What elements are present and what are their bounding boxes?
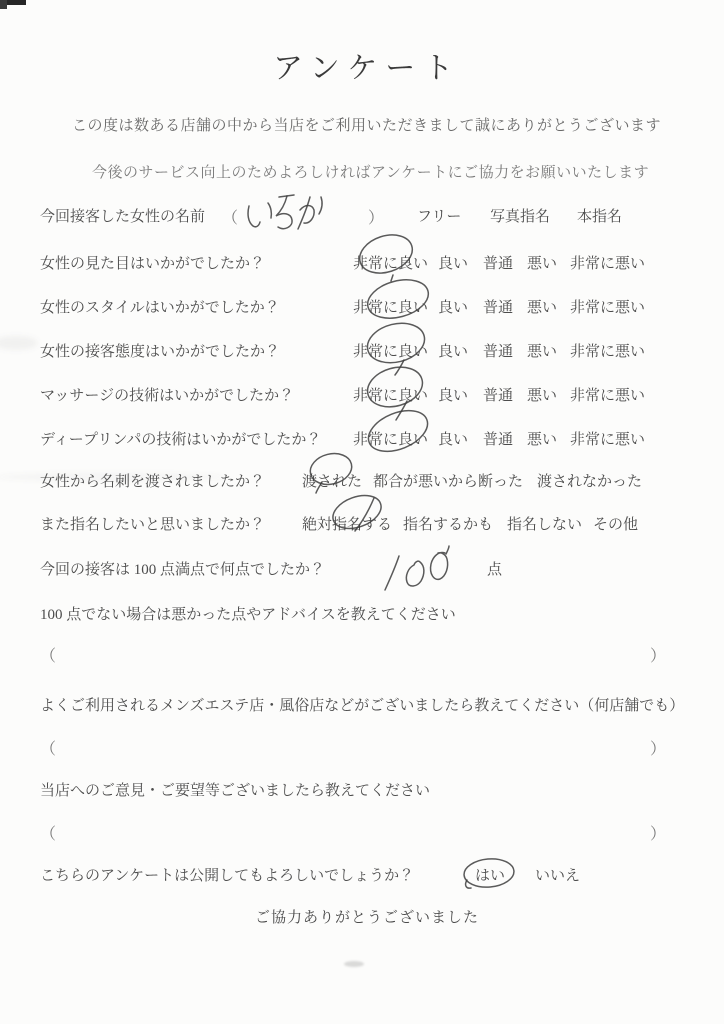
question-row-rating: 女性の見た目はいかがでしたか？ 非常に良い 良い 普通 悪い 非常に悪い bbox=[0, 252, 724, 274]
option-hon-shimei: 本指名 bbox=[577, 205, 622, 226]
question-row-advice: 100 点でない場合は悪かった点やアドバイスを教えてください bbox=[0, 603, 724, 625]
score-unit: 点 bbox=[487, 558, 502, 579]
option-bad: 悪い bbox=[527, 340, 557, 361]
option-no: いいえ bbox=[535, 864, 580, 885]
option-bad: 悪い bbox=[527, 252, 557, 273]
option-good: 良い bbox=[438, 384, 468, 405]
option-not-received: 渡されなかった bbox=[537, 470, 642, 491]
question-label: マッサージの技術はいかがでしたか？ bbox=[40, 384, 294, 405]
question-label: 当店へのご意見・ご要望等ございましたら教えてください bbox=[40, 779, 430, 800]
option-very-bad: 非常に悪い bbox=[570, 252, 645, 273]
question-row-rating: 女性の接客態度はいかがでしたか？ 非常に良い 良い 普通 悪い 非常に悪い bbox=[0, 340, 724, 362]
open-paren: （ bbox=[40, 643, 56, 666]
option-very-bad: 非常に悪い bbox=[570, 384, 645, 405]
question-row-rating: 女性のスタイルはいかがでしたか？ 非常に良い 良い 普通 悪い 非常に悪い bbox=[0, 296, 724, 318]
option-bad: 悪い bbox=[527, 428, 557, 449]
close-paren: ） bbox=[650, 736, 666, 759]
option-very-bad: 非常に悪い bbox=[570, 296, 645, 317]
thanks-line: ご協力ありがとうございました bbox=[255, 909, 479, 928]
question-row-rating: マッサージの技術はいかがでしたか？ 非常に良い 良い 普通 悪い 非常に悪い bbox=[0, 384, 724, 406]
question-label: よくご利用されるメンズエステ店・風俗店などがございましたら教えてください（何店舗… bbox=[40, 694, 684, 715]
question-label: 100 点でない場合は悪かった点やアドバイスを教えてください bbox=[40, 603, 456, 624]
question-label: こちらのアンケートは公開してもよろしいでしょうか？ bbox=[40, 864, 414, 885]
close-paren: ） bbox=[650, 821, 666, 844]
option-very-good: 非常に良い bbox=[353, 384, 428, 405]
open-paren: （ bbox=[40, 736, 56, 759]
option-no: 指名しない bbox=[507, 513, 582, 534]
option-bad: 悪い bbox=[527, 384, 557, 405]
page-title: アンケート bbox=[273, 50, 461, 88]
option-received: 渡された bbox=[302, 470, 362, 491]
option-very-good: 非常に良い bbox=[353, 428, 428, 449]
answer-line: （ ） bbox=[0, 643, 724, 665]
question-row-publish: こちらのアンケートは公開してもよろしいでしょうか？ はい いいえ bbox=[0, 864, 724, 886]
question-row-name: 今回接客した女性の名前 （ ） フリー 写真指名 本指名 bbox=[0, 205, 724, 227]
option-good: 良い bbox=[438, 340, 468, 361]
scan-smudge bbox=[344, 961, 364, 967]
question-label: 今回の接客は 100 点満点で何点でしたか？ bbox=[40, 558, 325, 579]
open-paren: （ bbox=[40, 821, 56, 844]
option-normal: 普通 bbox=[483, 296, 513, 317]
option-normal: 普通 bbox=[483, 384, 513, 405]
option-declined: 都合が悪いから断った bbox=[373, 470, 523, 491]
open-paren: （ bbox=[222, 205, 238, 228]
scanned-survey-page: アンケート この度は数ある店舗の中から当店をご利用いただきまして誠にありがとうご… bbox=[0, 0, 724, 1024]
option-normal: 普通 bbox=[483, 252, 513, 273]
question-row-business-card: 女性から名刺を渡されましたか？ 渡された 都合が悪いから断った 渡されなかった bbox=[0, 470, 724, 492]
option-photo-shimei: 写真指名 bbox=[490, 205, 550, 226]
question-row-repeat: また指名したいと思いましたか？ 絶対指名する 指名するかも 指名しない その他 bbox=[0, 513, 724, 535]
question-row-rating: ディープリンパの技術はいかがでしたか？ 非常に良い 良い 普通 悪い 非常に悪い bbox=[0, 428, 724, 450]
option-other: その他 bbox=[593, 513, 638, 534]
question-label: 女性のスタイルはいかがでしたか？ bbox=[40, 296, 280, 317]
option-very-good: 非常に良い bbox=[353, 296, 428, 317]
question-row-other-shops: よくご利用されるメンズエステ店・風俗店などがございましたら教えてください（何店舗… bbox=[0, 694, 724, 716]
question-row-feedback: 当店へのご意見・ご要望等ございましたら教えてください bbox=[0, 779, 724, 801]
option-bad: 悪い bbox=[527, 296, 557, 317]
question-row-score: 今回の接客は 100 点満点で何点でしたか？ 点 bbox=[0, 558, 724, 580]
intro-line: 今後のサービス向上のためよろしければアンケートにご協力をお願いいたします bbox=[92, 164, 649, 183]
question-label: 女性の見た目はいかがでしたか？ bbox=[40, 252, 265, 273]
option-maybe: 指名するかも bbox=[403, 513, 493, 534]
scan-artifact-corner-2 bbox=[0, 0, 7, 9]
option-very-good: 非常に良い bbox=[353, 340, 428, 361]
question-label: 今回接客した女性の名前 bbox=[40, 205, 205, 226]
close-paren: ） bbox=[650, 643, 666, 666]
option-good: 良い bbox=[438, 428, 468, 449]
option-normal: 普通 bbox=[483, 340, 513, 361]
close-paren: ） bbox=[368, 205, 384, 228]
question-label: 女性から名刺を渡されましたか？ bbox=[40, 470, 265, 491]
answer-line: （ ） bbox=[0, 821, 724, 843]
option-good: 良い bbox=[438, 252, 468, 273]
intro-line: この度は数ある店舗の中から当店をご利用いただきまして誠にありがとうございます bbox=[72, 117, 661, 136]
option-free: フリー bbox=[417, 205, 461, 226]
option-normal: 普通 bbox=[483, 428, 513, 449]
option-good: 良い bbox=[438, 296, 468, 317]
answer-line: （ ） bbox=[0, 736, 724, 758]
option-very-bad: 非常に悪い bbox=[570, 428, 645, 449]
option-very-good: 非常に良い bbox=[353, 252, 428, 273]
option-very-bad: 非常に悪い bbox=[570, 340, 645, 361]
option-definitely: 絶対指名する bbox=[302, 513, 392, 534]
question-label: また指名したいと思いましたか？ bbox=[40, 513, 265, 534]
question-label: ディープリンパの技術はいかがでしたか？ bbox=[40, 428, 321, 449]
question-label: 女性の接客態度はいかがでしたか？ bbox=[40, 340, 280, 361]
option-yes: はい bbox=[475, 864, 505, 885]
